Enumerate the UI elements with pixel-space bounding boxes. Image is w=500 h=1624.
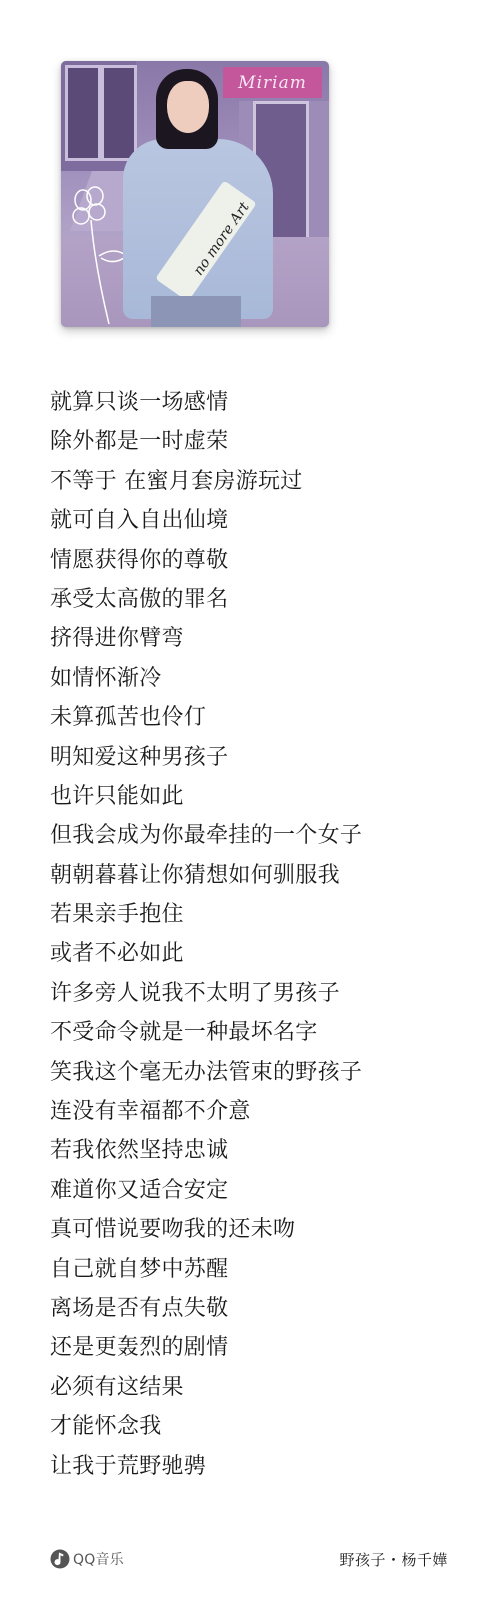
qq-music-icon — [50, 1549, 70, 1569]
lyric-line: 也许只能如此 — [50, 784, 362, 823]
lyric-line: 朝朝暮暮让你猜想如何驯服我 — [50, 863, 362, 902]
lyric-line: 不受命令就是一种最坏名字 — [50, 1020, 362, 1059]
lyric-line: 必须有这结果 — [50, 1375, 362, 1414]
lyric-line: 才能怀念我 — [50, 1414, 362, 1453]
lyric-line: 难道你又适合安定 — [50, 1178, 362, 1217]
lyric-line: 就算只谈一场感情 — [50, 390, 362, 429]
lyric-line: 承受太高傲的罪名 — [50, 587, 362, 626]
lyric-line: 除外都是一时虚荣 — [50, 429, 362, 468]
lyric-line: 若果亲手抱住 — [50, 902, 362, 941]
lyric-line: 自己就自梦中苏醒 — [50, 1257, 362, 1296]
lyrics-list: 就算只谈一场感情 除外都是一时虚荣 不等于 在蜜月套房游玩过 就可自入自出仙境 … — [50, 390, 362, 1493]
lyric-line: 不等于 在蜜月套房游玩过 — [50, 469, 362, 508]
lyric-line: 但我会成为你最牵挂的一个女子 — [50, 823, 362, 862]
cover-figure-face — [167, 81, 209, 133]
lyric-line: 未算孤苦也伶仃 — [50, 705, 362, 744]
lyric-line: 让我于荒野驰骋 — [50, 1454, 362, 1493]
lyric-line: 就可自入自出仙境 — [50, 508, 362, 547]
lyric-line: 笑我这个毫无办法管束的野孩子 — [50, 1060, 362, 1099]
lyric-line: 情愿获得你的尊敬 — [50, 548, 362, 587]
album-cover: no more Art Miriam — [61, 61, 329, 327]
lyric-line: 真可惜说要吻我的还未吻 — [50, 1217, 362, 1256]
cover-window — [101, 65, 137, 161]
lyric-line: 明知爱这种男孩子 — [50, 745, 362, 784]
flower-doodle-icon — [69, 186, 129, 326]
lyric-line: 或者不必如此 — [50, 941, 362, 980]
lyric-line: 如情怀渐冷 — [50, 666, 362, 705]
lyric-line: 挤得进你臂弯 — [50, 626, 362, 665]
song-title-artist: 野孩子・杨千嬅 — [339, 1549, 448, 1570]
footer: QQ音乐 野孩子・杨千嬅 — [50, 1546, 448, 1572]
lyric-line: 若我依然坚持忠诚 — [50, 1138, 362, 1177]
qq-music-logo: QQ音乐 — [50, 1549, 124, 1569]
lyric-line: 还是更轰烈的剧情 — [50, 1335, 362, 1374]
lyric-line: 连没有幸福都不介意 — [50, 1099, 362, 1138]
lyric-line: 许多旁人说我不太明了男孩子 — [50, 981, 362, 1020]
logo-text: QQ音乐 — [73, 1549, 124, 1569]
lyric-line: 离场是否有点失敬 — [50, 1296, 362, 1335]
cover-figure-jeans — [151, 296, 241, 327]
album-brand-label: Miriam — [223, 67, 322, 98]
cover-window — [65, 65, 101, 161]
